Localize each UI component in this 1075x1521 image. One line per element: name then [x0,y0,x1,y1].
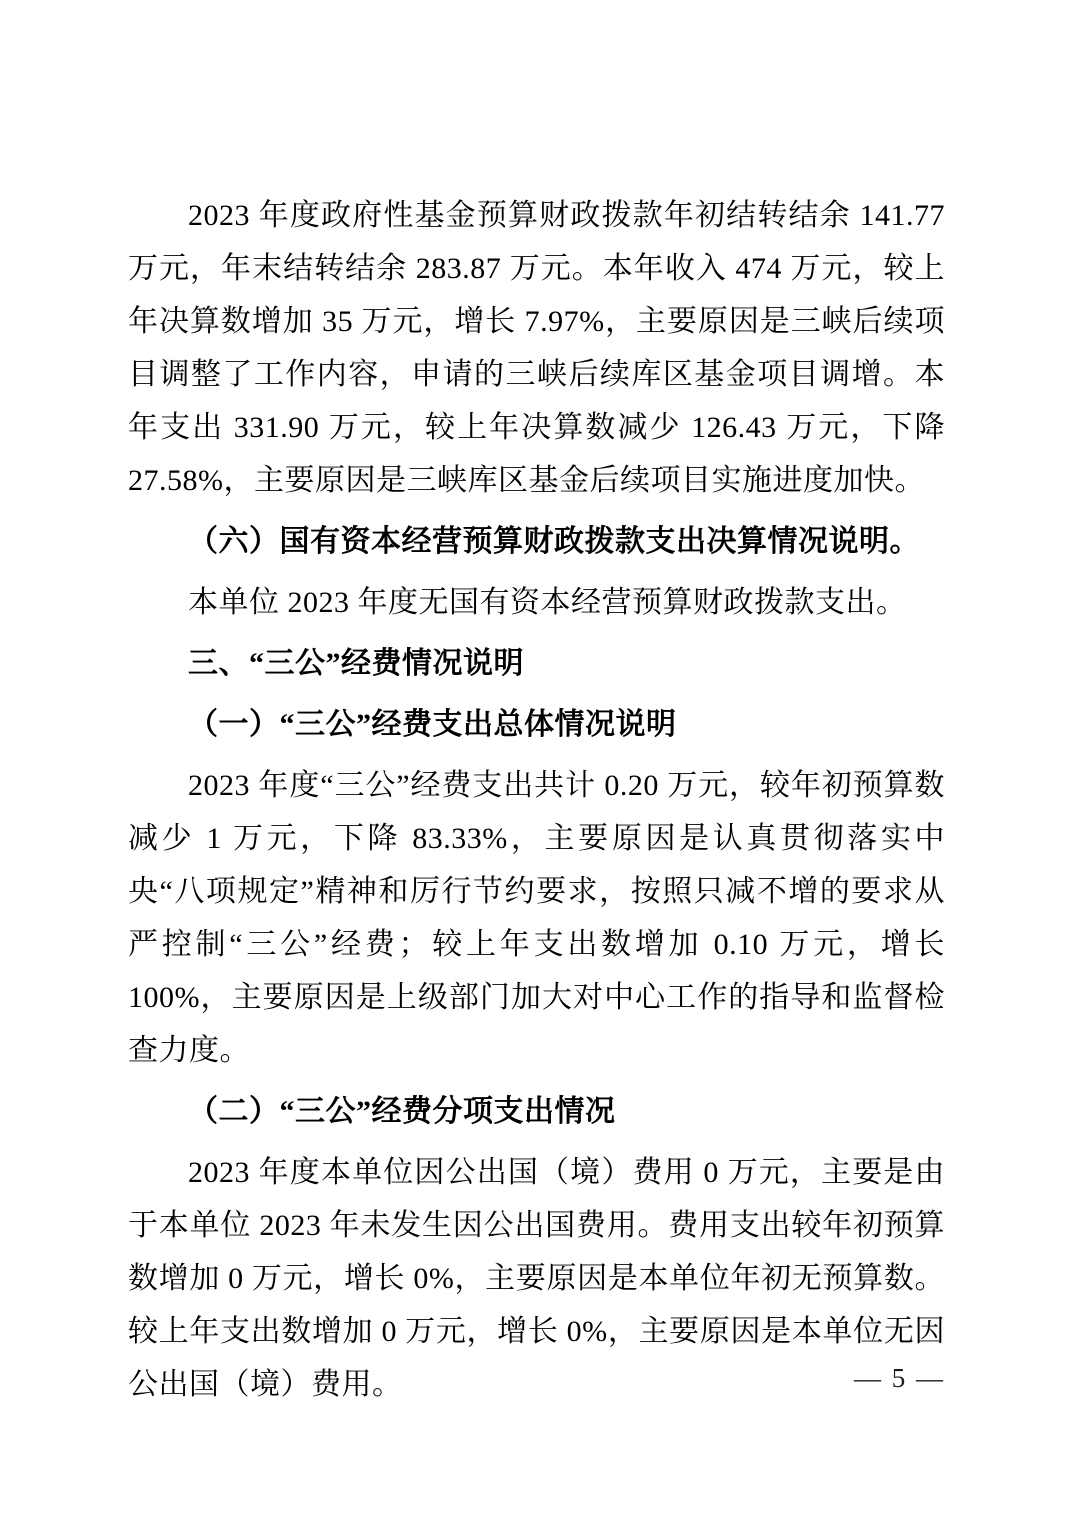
heading-overall-expenditure: （一）“三公”经费支出总体情况说明 [128,698,945,751]
document-body: 2023 年度政府性基金预算财政拨款年初结转结余 141.77 万元，年末结转结… [128,189,945,1419]
page-number: — 5 — [854,1362,945,1394]
paragraph-overseas-travel: 2023 年度本单位因公出国（境）费用 0 万元，主要是由于本单位 2023 年… [128,1146,945,1411]
paragraph-state-capital: 本单位 2023 年度无国有资本经营预算财政拨款支出。 [128,576,945,629]
paragraph-gov-fund-summary: 2023 年度政府性基金预算财政拨款年初结转结余 141.77 万元，年末结转结… [128,189,945,507]
document-page: 2023 年度政府性基金预算财政拨款年初结转结余 141.77 万元，年末结转结… [0,0,1075,1521]
heading-three-public-funds: 三、“三公”经费情况说明 [128,637,945,690]
heading-section-6: （六）国有资本经营预算财政拨款支出决算情况说明。 [128,515,945,568]
heading-itemized-expenditure: （二）“三公”经费分项支出情况 [128,1085,945,1138]
paragraph-three-public-summary: 2023 年度“三公”经费支出共计 0.20 万元，较年初预算数减少 1 万元，… [128,759,945,1077]
